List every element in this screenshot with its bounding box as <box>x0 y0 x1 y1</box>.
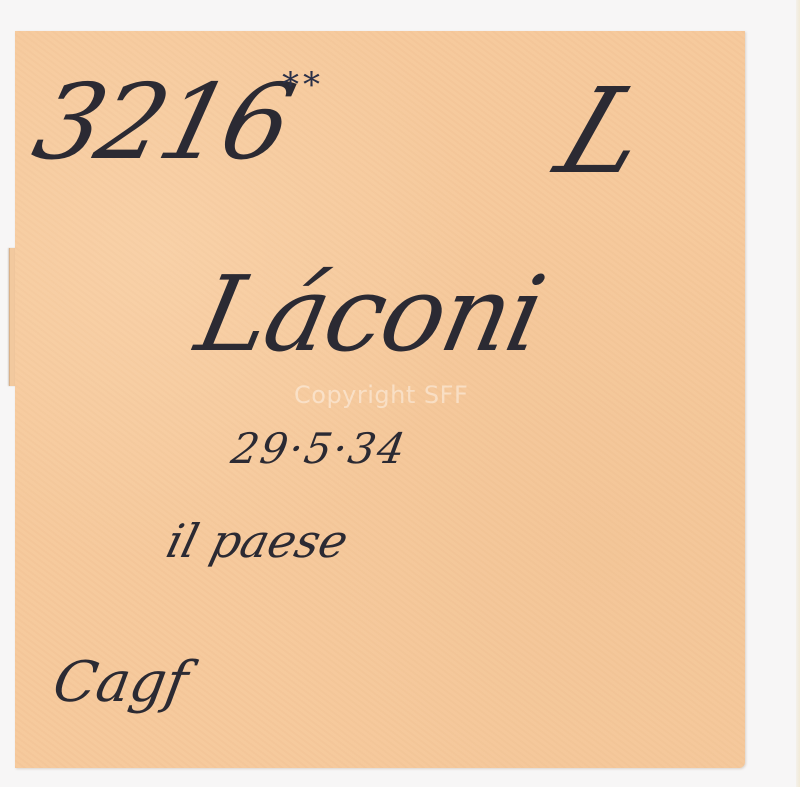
collector-initials: Cagf <box>49 655 192 711</box>
catalog-asterisks: ** <box>282 68 324 102</box>
place-note: il paese <box>162 518 352 564</box>
backdrop-edge <box>796 0 800 787</box>
copyright-watermark: Copyright SFF <box>294 381 468 409</box>
catalog-number: 3216 <box>25 70 300 174</box>
locality-name: Láconi <box>189 262 551 366</box>
collection-date: 29·5·34 <box>228 428 410 470</box>
